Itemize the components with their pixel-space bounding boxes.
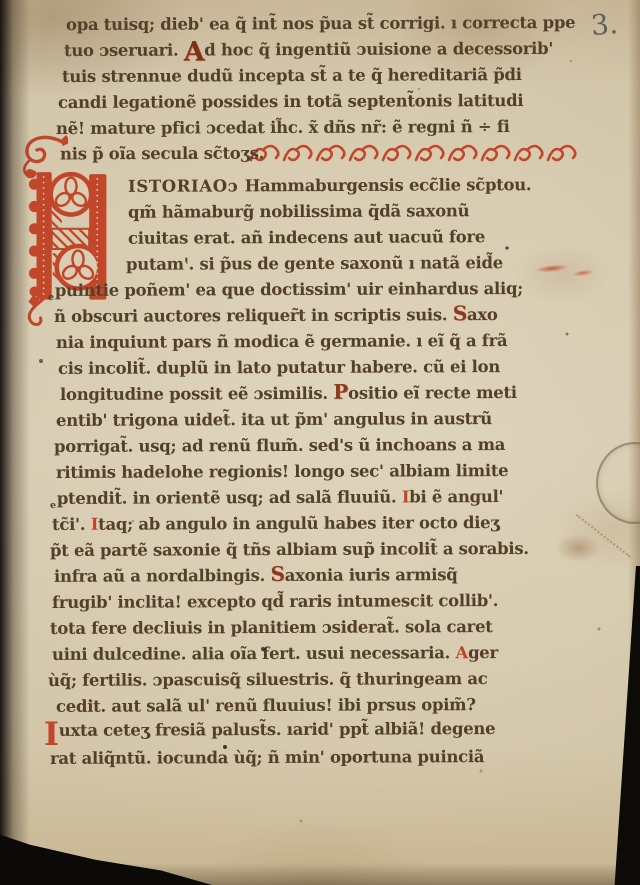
text-segment: tuis strennue dudũ incepta st̃ a te q̃ h…: [62, 65, 522, 86]
text-segment: infra aũ a nordalbingis.: [54, 566, 271, 586]
text-segment: A: [455, 643, 468, 662]
manuscript-line: qm̃ hãmaburg̃ nobilissima q̃dã saxonũ: [128, 201, 469, 221]
text-segment: bi ẽ angul': [409, 487, 503, 506]
text-block: opa tuisq; dieb' ea q̃ int̃ nos p̃ua st̃…: [0, 0, 640, 885]
text-segment: e: [48, 292, 54, 303]
text-segment: candi legationẽ possides in totã septent…: [58, 91, 523, 112]
manuscript-page: 3.: [0, 0, 640, 885]
manuscript-line: nia inquiunt pars ñ modica ẽ germanie. ı…: [56, 331, 507, 352]
manuscript-line: cedit. aut salã ul' renũ fluuius! ibi pr…: [56, 695, 476, 716]
manuscript-line: uini dulcedine. alia oĩa fert. usui nece…: [52, 643, 498, 664]
text-segment: cedit. aut salã ul' renũ fluuius! ibi pr…: [56, 695, 476, 716]
text-segment: longitudine possit eẽ ɔsimilis.: [60, 384, 333, 404]
manuscript-line: ùq̃; fertilis. ɔpascuisq̃ siluestris. q̃…: [48, 669, 488, 690]
manuscript-line: infra aũ a nordalbingis. Saxonia iuris a…: [54, 565, 457, 586]
manuscript-line: tota fere decliuis in planitiem ɔsiderat…: [50, 617, 493, 638]
text-segment: uini dulcedine. alia oĩa fert. usui nece…: [52, 643, 456, 664]
text-segment: qm̃ hãmaburg̃ nobilissima q̃dã saxonũ: [128, 201, 469, 221]
text-segment: d hoc q̃ ingentiũ ɔuisione a decessorib': [204, 39, 553, 60]
text-segment: opa tuisq; dieb' ea q̃ int̃ nos p̃ua st̃…: [66, 13, 575, 34]
text-segment: ritimis hadelohe regionis! longo sec' al…: [56, 461, 508, 482]
text-segment: taq; ab angulo in angulũ habes iter octo…: [98, 513, 499, 534]
text-segment: tota fere decliuis in planitiem ɔsiderat…: [50, 617, 493, 638]
manuscript-line: epuintie poñem' ea que doctissim' uir ei…: [48, 279, 523, 303]
text-segment: axo: [467, 305, 498, 324]
manuscript-line: ISTORIAOɔ Hammaburgensis ecc̃lie sc̃ptou…: [128, 175, 531, 196]
text-segment: entib' trigona uidet̃. ita ut p̃m' angul…: [56, 409, 492, 430]
manuscript-line: tuis strennue dudũ incepta st̃ a te q̃ h…: [62, 65, 522, 86]
text-segment: ositio eĩ recte meti: [348, 383, 517, 403]
text-segment: ISTORIAOɔ: [128, 176, 245, 196]
manuscript-line: nis p̃ oĩa secula sc̃toʒs.: [60, 144, 264, 164]
manuscript-line: Iuxta ceteʒ fresiã palust̃s. ıarid' ppt̃…: [44, 719, 495, 742]
text-segment: p̃t eã partẽ saxonie q̃ tñs albiam sup̃ …: [50, 539, 529, 560]
text-segment: nẽ! mature pfici ɔcedat ih̃c. x̃ dñs nr̃…: [56, 117, 510, 138]
manuscript-line: tc̃i'. Itaq; ab angulo in angulũ habes i…: [52, 513, 500, 534]
text-segment: ger: [468, 643, 498, 662]
text-segment: ptendit̃. in orientẽ usq; ad salã fluuiũ…: [57, 487, 402, 508]
text-segment: tc̃i'.: [52, 515, 91, 534]
text-segment: nia inquiunt pars ñ modica ẽ germanie. ı…: [56, 331, 507, 352]
text-segment: P: [333, 380, 348, 404]
text-segment: uxta ceteʒ fresiã palust̃s. ıarid' ppt̃ …: [59, 719, 496, 740]
manuscript-line: longitudine possit eẽ ɔsimilis. Positio …: [60, 383, 517, 404]
text-segment: e: [50, 500, 56, 511]
brown-stain: [556, 534, 600, 562]
text-segment: rat aliq̃ntũ. iocunda ùq̃; ñ min' oportu…: [50, 747, 484, 768]
text-segment: frugib' inclita! excepto qd̃ raris intum…: [52, 591, 498, 612]
manuscript-line: tuo ɔseruari. Ad hoc q̃ ingentiũ ɔuision…: [64, 39, 553, 61]
manuscript-line: ñ obscuri auctores reliquer̃t in scripti…: [54, 305, 498, 326]
manuscript-line: frugib' inclita! excepto qd̃ raris intum…: [52, 591, 498, 612]
text-segment: porrigat̃. usq; ad renũ flum̃. sed's ũ i…: [54, 435, 505, 456]
text-segment: I: [44, 715, 59, 753]
text-segment: nis p̃ oĩa secula sc̃toʒs.: [60, 144, 264, 164]
text-segment: A: [184, 36, 205, 67]
text-segment: Hammaburgensis ecc̃lie sc̃ptou.: [245, 175, 532, 195]
manuscript-line: cis incolit̃. duplũ in lato putatur habe…: [58, 357, 500, 378]
fly-specks: [0, 0, 2, 2]
manuscript-line: ciuitas erat. añ indecens aut uacuũ fore: [128, 227, 485, 248]
manuscript-line: candi legationẽ possides in totã septent…: [58, 91, 523, 112]
manuscript-line: entib' trigona uidet̃. ita ut p̃m' angul…: [56, 409, 492, 430]
text-segment: ciuitas erat. añ indecens aut uacuũ fore: [128, 227, 485, 248]
text-segment: axonia iuris armisq̃: [285, 565, 458, 585]
manuscript-line: ritimis hadelohe regionis! longo sec' al…: [56, 461, 508, 482]
manuscript-line: p̃t eã partẽ saxonie q̃ tñs albiam sup̃ …: [50, 539, 529, 560]
manuscript-line: nẽ! mature pfici ɔcedat ih̃c. x̃ dñs nr̃…: [56, 117, 510, 138]
manuscript-line: putam'. si p̃us de gente saxonũ ı natã e…: [126, 253, 503, 274]
text-segment: puintie poñem' ea que doctissim' uir ein…: [55, 279, 523, 300]
text-segment: ñ obscuri auctores reliquer̃t in scripti…: [54, 305, 453, 326]
text-segment: cis incolit̃. duplũ in lato putatur habe…: [58, 357, 500, 378]
manuscript-line: rat aliq̃ntũ. iocunda ùq̃; ñ min' oportu…: [50, 747, 484, 768]
text-segment: putam'. si p̃us de gente saxonũ ı natã e…: [126, 253, 503, 274]
text-segment: tuo ɔseruari.: [64, 41, 184, 61]
text-segment: S: [453, 301, 467, 325]
manuscript-line: eptendit̃. in orientẽ usq; ad salã fluui…: [50, 487, 503, 511]
text-segment: S: [270, 562, 284, 586]
manuscript-line: opa tuisq; dieb' ea q̃ int̃ nos p̃ua st̃…: [66, 13, 575, 34]
text-segment: ùq̃; fertilis. ɔpascuisq̃ siluestris. q̃…: [48, 669, 488, 690]
manuscript-line: porrigat̃. usq; ad renũ flum̃. sed's ũ i…: [54, 435, 505, 456]
